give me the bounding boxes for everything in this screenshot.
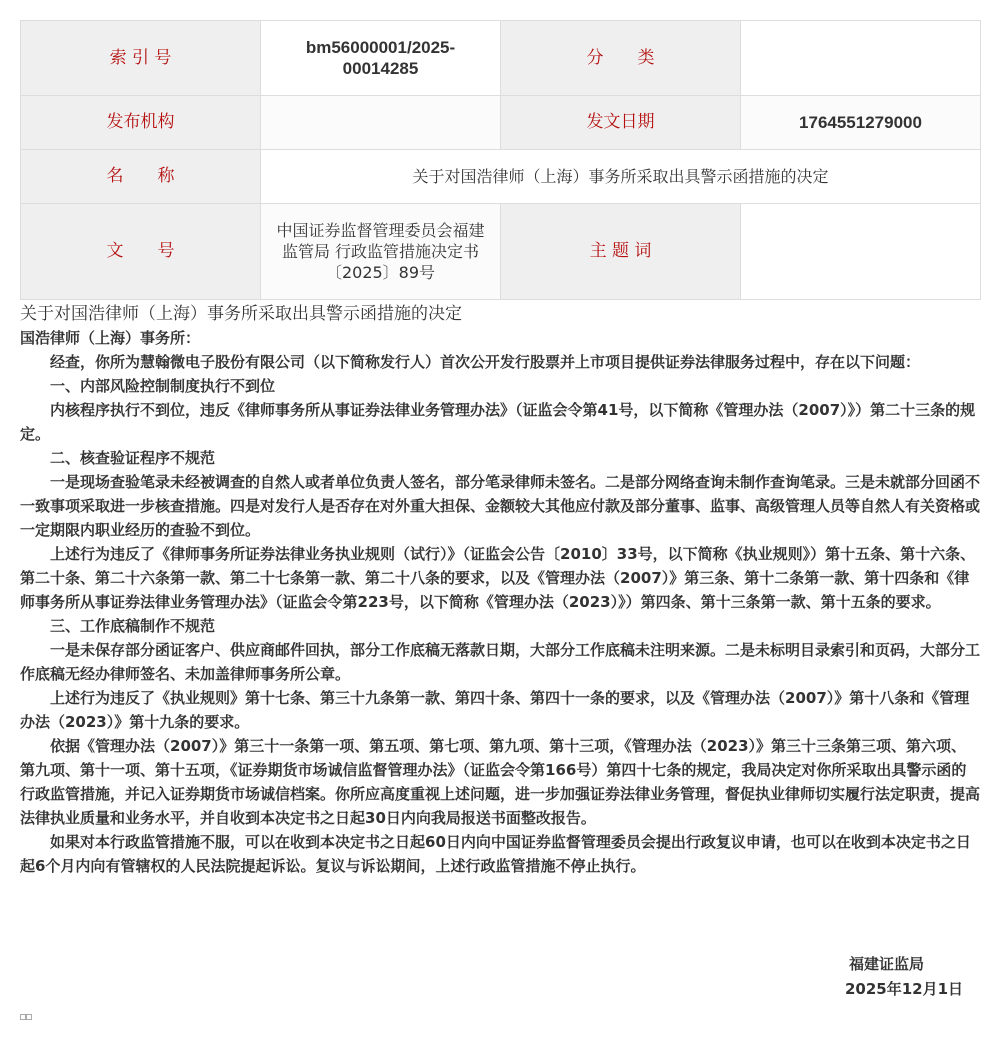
paragraph: 内核程序执行不到位，违反《律师事务所从事证券法律业务管理办法》（证监会令第41号… [20,398,980,446]
doc-number-value: 中国证券监督管理委员会福建监管局 行政监管措施决定书〔2025〕89号 [261,204,501,300]
salutation: 国浩律师（上海）事务所： [20,326,980,350]
section-heading-3: 三、工作底稿制作不规范 [20,614,980,638]
signature-org: 福建证监局 [845,952,963,977]
index-value: bm56000001/2025-00014285 [261,21,501,96]
metadata-row-index: 索 引 号 bm56000001/2025-00014285 分 类 [21,21,981,96]
doc-number-label: 文 号 [21,204,261,300]
subject-value [741,204,981,300]
broken-glyph-icon [26,1014,32,1020]
category-label: 分 类 [501,21,741,96]
index-label: 索 引 号 [21,21,261,96]
name-value: 关于对国浩律师（上海）事务所采取出具警示函措施的决定 [261,150,981,204]
section-heading-2: 二、核查验证程序不规范 [20,446,980,470]
document-page: 索 引 号 bm56000001/2025-00014285 分 类 发布机构 … [20,20,980,878]
paragraph: 上述行为违反了《律师事务所证券法律业务执业规则（试行）》（证监会公告〔2010〕… [20,542,980,614]
paragraph: 上述行为违反了《执业规则》第十七条、第三十九条第一款、第四十条、第四十一条的要求… [20,686,980,734]
metadata-row-doc-number: 文 号 中国证券监督管理委员会福建监管局 行政监管措施决定书〔2025〕89号 … [21,204,981,300]
paragraph: 一是现场查验笔录未经被调查的自然人或者单位负责人签名，部分笔录律师未签名。二是部… [20,470,980,542]
date-label: 发文日期 [501,96,741,150]
publisher-label: 发布机构 [21,96,261,150]
metadata-row-name: 名 称 关于对国浩律师（上海）事务所采取出具警示函措施的决定 [21,150,981,204]
section-heading-1: 一、内部风险控制制度执行不到位 [20,374,980,398]
publisher-value [261,96,501,150]
date-value: 1764551279000 [741,96,981,150]
document-body: 国浩律师（上海）事务所： 经查，你所为慧翰微电子股份有限公司（以下简称发行人）首… [20,326,980,878]
signature-block: 福建证监局 2025年12月1日 [845,952,963,1002]
subject-label: 主 题 词 [501,204,741,300]
document-title: 关于对国浩律师（上海）事务所采取出具警示函措施的决定 [20,302,980,326]
metadata-table: 索 引 号 bm56000001/2025-00014285 分 类 发布机构 … [20,20,981,300]
paragraph-intro: 经查，你所为慧翰微电子股份有限公司（以下简称发行人）首次公开发行股票并上市项目提… [20,350,980,374]
category-value [741,21,981,96]
paragraph-appeal: 如果对本行政监管措施不服，可以在收到本决定书之日起60日内向中国证券监督管理委员… [20,830,980,878]
attachment-link[interactable] [20,1012,32,1021]
name-label: 名 称 [21,150,261,204]
paragraph: 一是未保存部分函证客户、供应商邮件回执，部分工作底稿无落款日期，大部分工作底稿未… [20,638,980,686]
metadata-row-publisher: 发布机构 发文日期 1764551279000 [21,96,981,150]
signature-date: 2025年12月1日 [845,977,963,1002]
paragraph-decision: 依据《管理办法（2007）》第三十一条第一项、第五项、第七项、第九项、第十三项，… [20,734,980,830]
